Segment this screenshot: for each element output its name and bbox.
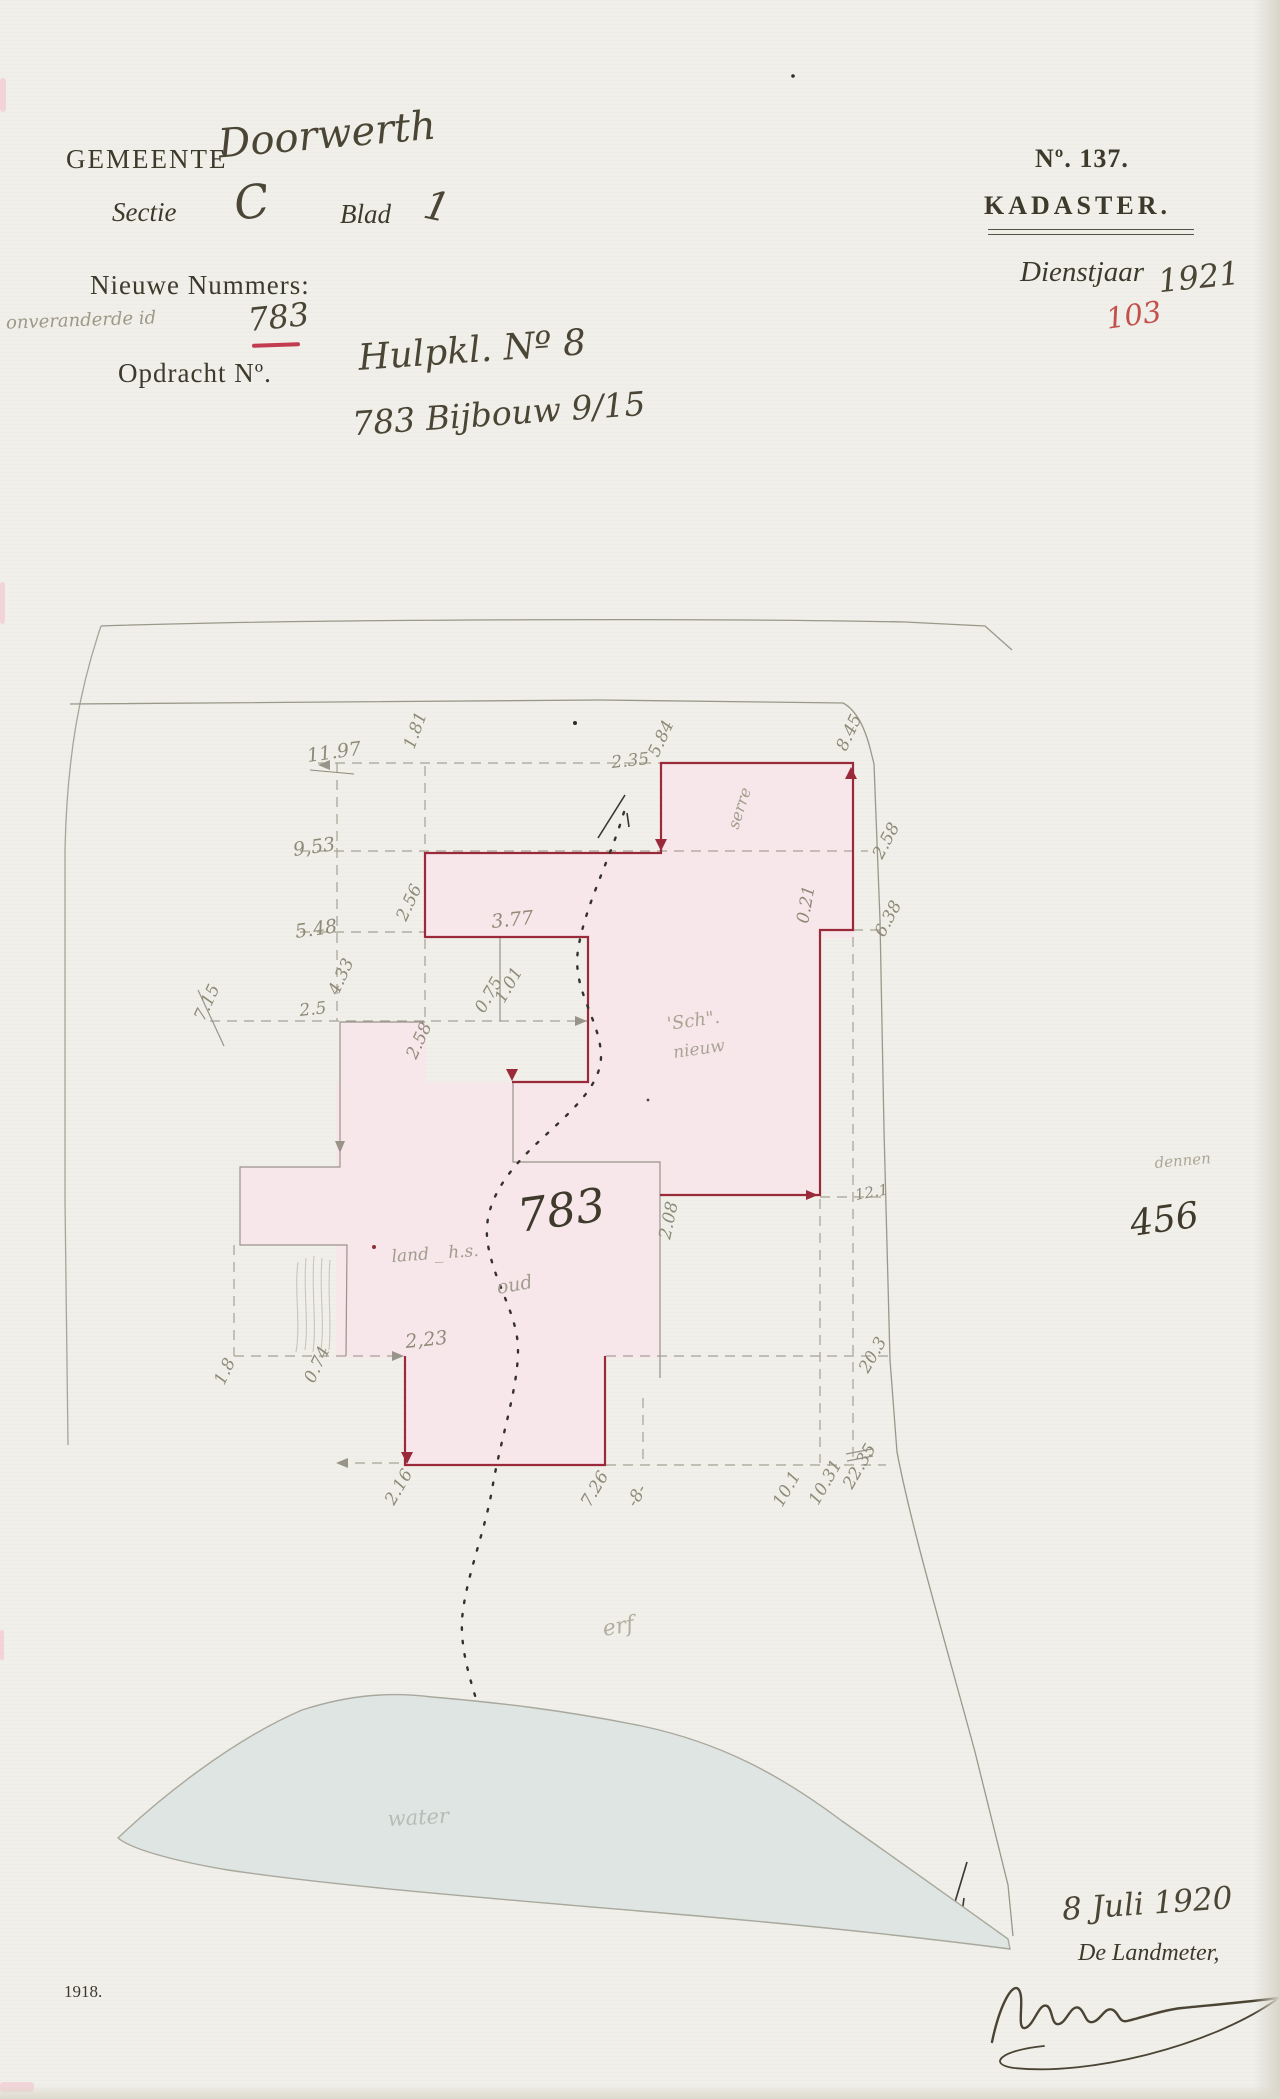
label-flourish xyxy=(310,770,354,774)
dim-label: 2.58 xyxy=(868,819,904,863)
dim-label: 7.26 xyxy=(577,1468,613,1511)
nieuwe-nummers-label: Nieuwe Nummers: xyxy=(90,270,310,301)
dim-label: 2.35 xyxy=(609,749,650,773)
dim-label: 3.77 xyxy=(490,907,535,933)
water-label: water xyxy=(387,1804,452,1831)
scan-smudge xyxy=(0,582,5,624)
scan-smudge xyxy=(0,1630,4,1660)
scan-smudge xyxy=(0,78,6,112)
opdracht-label: Opdracht Nº. xyxy=(118,358,272,389)
scan-edge-shadow xyxy=(1254,0,1280,2099)
building-fill xyxy=(240,763,853,1465)
kadaster-title: KADASTER. xyxy=(984,191,1171,221)
dienstjaar-label: Dienstjaar xyxy=(1020,256,1144,289)
surveyor-signature xyxy=(992,1988,1278,2069)
dim-label: 2.5 xyxy=(297,998,327,1021)
dim-label: 2.56 xyxy=(392,881,427,925)
dim-label: 2.16 xyxy=(381,1466,418,1510)
form-year: 1918. xyxy=(64,1982,102,2002)
sectie-value: C xyxy=(230,173,272,231)
landmeter-label: De Landmeter, xyxy=(1078,1940,1219,1967)
cadastral-sheet: 11.97 1.81 2.35 5.84 8.45 9,53 2.58 2.56… xyxy=(0,0,1280,2099)
dim-label: 7.15 xyxy=(190,981,224,1024)
dim-label: -8- xyxy=(623,1481,652,1511)
dim-label: 12.1 xyxy=(854,1180,890,1204)
water-area xyxy=(118,1695,1010,1949)
dim-label: 9,53 xyxy=(292,833,337,861)
parcel-sketch: 11.97 1.81 2.35 5.84 8.45 9,53 2.58 2.56… xyxy=(0,0,1280,2099)
dim-label: 5.48 xyxy=(294,915,339,943)
dennen-label: dennen xyxy=(1154,1149,1212,1172)
pencil-hatching xyxy=(296,1256,330,1352)
dim-label: 10.1 xyxy=(769,1468,805,1511)
dim-label: 5.84 xyxy=(644,717,678,760)
scan-bottom-shadow xyxy=(0,2085,1280,2099)
blad-label: Blad xyxy=(340,199,391,230)
nieuwe-nummers-value: 783 xyxy=(246,295,311,339)
sectie-label: Sectie xyxy=(112,197,176,228)
gemeente-label: GEMEENTE xyxy=(66,144,227,175)
kadaster-number: Nº. 137. xyxy=(1035,144,1129,174)
dim-label: 8.45 xyxy=(832,711,866,754)
dim-label: 6.38 xyxy=(871,897,907,940)
dim-label: 2,23 xyxy=(403,1327,448,1353)
dim-label: 4.33 xyxy=(324,955,359,999)
kadaster-rule xyxy=(988,229,1194,235)
dim-label: 1.8 xyxy=(210,1355,240,1388)
neighbour-parcel-number: 456 xyxy=(1127,1195,1202,1245)
dim-label: 1.81 xyxy=(400,709,432,751)
erf-label: erf xyxy=(601,1611,640,1642)
